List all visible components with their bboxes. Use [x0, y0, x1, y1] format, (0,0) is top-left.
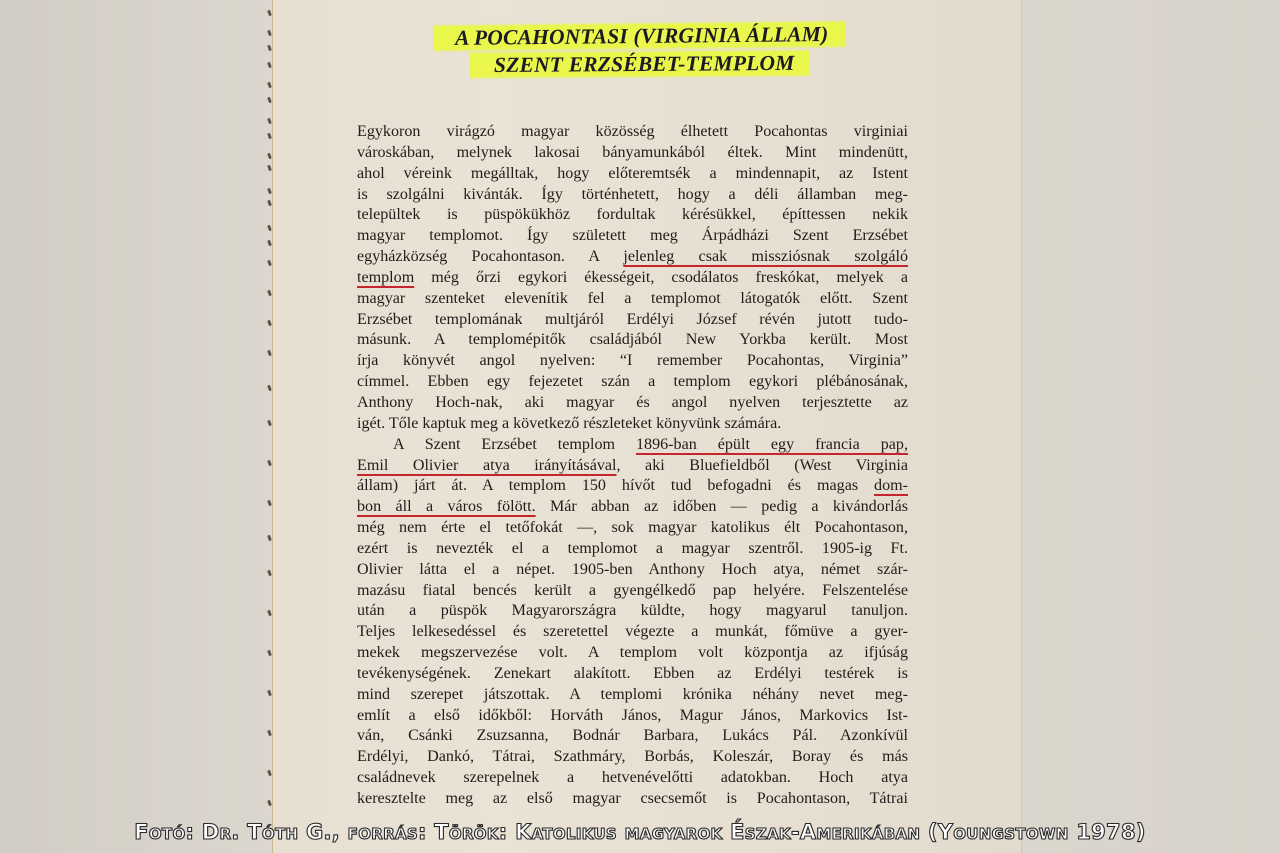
- text-line: templom még őrzi egykori ékességeit, cso…: [357, 268, 908, 289]
- perforation-mark: [267, 165, 272, 172]
- text-line: is szolgálni kivánták. Így történhetett,…: [357, 185, 908, 206]
- text-line: magyar szenteket elevenítik fel a templo…: [357, 289, 908, 310]
- perforation-mark: [267, 200, 272, 207]
- perforation-mark: [267, 500, 272, 507]
- text-line: után a püspök Magyarországra küldte, hog…: [357, 601, 908, 622]
- perforation-mark: [267, 30, 272, 37]
- perforation-mark: [267, 188, 272, 195]
- text-segment: állam) járt át. A templom 150 hívőt tud …: [357, 477, 874, 494]
- text-segment: A Szent Erzsébet templom: [393, 436, 636, 453]
- perforation-mark: [267, 45, 272, 52]
- text-line: mekek megszervezése volt. A templom volt…: [357, 643, 908, 664]
- text-line: családnevek szerepelnek a hetvenévelőtti…: [357, 768, 908, 789]
- text-line: A Szent Erzsébet templom 1896-ban épült …: [357, 435, 908, 456]
- text-line: ván, Csánki Zsuzsanna, Bodnár Barbara, L…: [357, 726, 908, 747]
- perforation-mark: [267, 420, 272, 427]
- text-segment: még őrzi egykori ékességeit, csodálatos …: [414, 269, 908, 286]
- perforation-mark: [267, 650, 272, 657]
- perforation-mark: [267, 385, 272, 392]
- text-line: tevékenységének. Zenekart alakított. Ebb…: [357, 664, 908, 685]
- perforation-mark: [267, 290, 272, 297]
- perforation-mark: [267, 770, 272, 777]
- text-line: mind szerepet játszottak. A templomi kró…: [357, 685, 908, 706]
- text-line: Emil Olivier atya irányításával, aki Blu…: [357, 456, 908, 477]
- page-perforated-edge: [266, 0, 274, 853]
- article-body: Egykoron virágzó magyar közösség élhetet…: [357, 122, 908, 810]
- text-line: még nem érte el tetőfokát —, sok magyar …: [357, 518, 908, 539]
- text-line: Olivier látta el a népet. 1905-ben Antho…: [357, 560, 908, 581]
- text-line: másunk. A templomépitők családjából New …: [357, 330, 908, 351]
- text-line: Teljes lelkesedéssel és szeretettel vége…: [357, 622, 908, 643]
- red-pen-underline: bon áll a város fölött.: [357, 498, 536, 515]
- text-line: igét. Tőle kaptuk meg a következő részle…: [357, 414, 908, 435]
- text-line: Egykoron virágzó magyar közösség élhetet…: [357, 122, 908, 143]
- red-pen-underline: 1896-ban épült egy francia pap,: [636, 436, 908, 453]
- text-line: írja könyvét angol nyelven: “I remember …: [357, 351, 908, 372]
- text-line: Anthony Hoch-nak, aki magyar és angol ny…: [357, 393, 908, 414]
- title-line-1: A POCAHONTASI (VIRGINIA ÁLLAM): [433, 20, 847, 52]
- photo-credit-caption: Fotó: Dr. Tóth G., forrás: Török: Katoli…: [0, 820, 1280, 844]
- perforation-mark: [267, 153, 272, 160]
- red-pen-underline: jelenleg csak missziósnak szolgáló: [623, 248, 908, 265]
- text-line: címmel. Ebben egy fejezetet szán a templ…: [357, 372, 908, 393]
- perforation-mark: [267, 133, 272, 140]
- text-line: egyházközség Pocahontason. A jelenleg cs…: [357, 247, 908, 268]
- text-segment: egyházközség Pocahontason. A: [357, 248, 623, 265]
- red-pen-underline: dom-: [874, 477, 908, 494]
- title-line-2: SZENT ERZSÉBET-TEMPLOM: [470, 49, 811, 79]
- red-pen-underline: templom: [357, 269, 414, 286]
- text-line: ezért is nevezték el a templomot a magya…: [357, 539, 908, 560]
- perforation-mark: [267, 800, 272, 807]
- perforation-mark: [267, 62, 272, 69]
- text-line: magyar templomot. Így született meg Árpá…: [357, 226, 908, 247]
- red-pen-underline: Emil Olivier atya irányításával: [357, 457, 617, 474]
- perforation-mark: [267, 320, 272, 327]
- text-line: említ a első időkből: Horváth János, Mag…: [357, 706, 908, 727]
- text-line: Erdélyi, Dankó, Tátrai, Szathmáry, Borbá…: [357, 747, 908, 768]
- text-line: állam) járt át. A templom 150 hívőt tud …: [357, 476, 908, 497]
- perforation-mark: [267, 225, 272, 232]
- perforation-mark: [267, 260, 272, 267]
- perforation-mark: [267, 690, 272, 697]
- text-line: városkában, melynek lakosai bányamunkábó…: [357, 143, 908, 164]
- perforation-mark: [267, 570, 272, 577]
- text-line: mazásu fiatal bencés került a gyengélked…: [357, 581, 908, 602]
- perforation-mark: [267, 730, 272, 737]
- page-title: A POCAHONTASI (VIRGINIA ÁLLAM) SZENT ERZ…: [380, 22, 900, 78]
- perforation-mark: [267, 97, 272, 104]
- text-line: Erzsébet templomának multjáról Erdélyi J…: [357, 310, 908, 331]
- perforation-mark: [267, 10, 272, 17]
- text-line: ahol véreink megálltak, hogy előteremtsé…: [357, 164, 908, 185]
- background-right: [1022, 0, 1280, 853]
- perforation-mark: [267, 350, 272, 357]
- text-line: települtek is püspökükhöz fordultak kéré…: [357, 205, 908, 226]
- perforation-mark: [267, 82, 272, 89]
- text-segment: , aki Bluefieldből (West Virginia: [617, 457, 908, 474]
- perforation-mark: [267, 118, 272, 125]
- perforation-mark: [267, 460, 272, 467]
- perforation-mark: [267, 610, 272, 617]
- text-line: keresztelte meg az első magyar csecsemőt…: [357, 789, 908, 810]
- perforation-mark: [267, 240, 272, 247]
- background-left: [0, 0, 272, 853]
- perforation-mark: [267, 535, 272, 542]
- text-line: bon áll a város fölött. Már abban az idő…: [357, 497, 908, 518]
- text-segment: Már abban az időben — pedig a kivándorlá…: [536, 498, 908, 515]
